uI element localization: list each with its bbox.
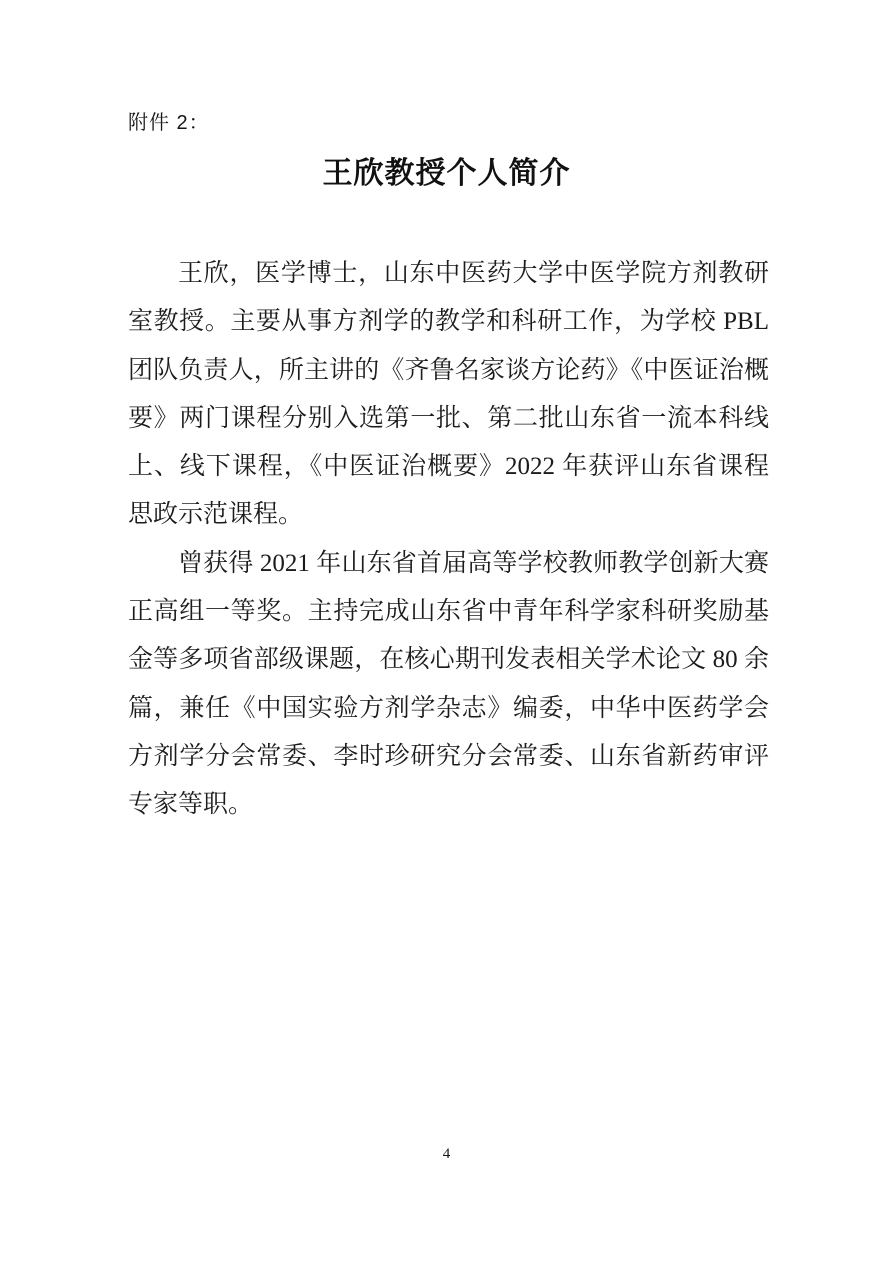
page-number: 4 (0, 1146, 893, 1163)
page-title: 王欣教授个人简介 (0, 153, 893, 195)
document-page: 附件 2： 王欣教授个人简介 王欣，医学博士，山东中医药大学中医学院方剂教研室教… (0, 0, 893, 1263)
attachment-label: 附件 2： (128, 110, 210, 136)
paragraph-intro: 王欣，医学博士，山东中医药大学中医学院方剂教研室教授。主要从事方剂学的教学和科研… (128, 250, 769, 540)
document-body: 王欣，医学博士，山东中医药大学中医学院方剂教研室教授。主要从事方剂学的教学和科研… (128, 250, 769, 830)
paragraph-achievements: 曾获得 2021 年山东省首届高等学校教师教学创新大赛正高组一等奖。主持完成山东… (128, 540, 769, 830)
